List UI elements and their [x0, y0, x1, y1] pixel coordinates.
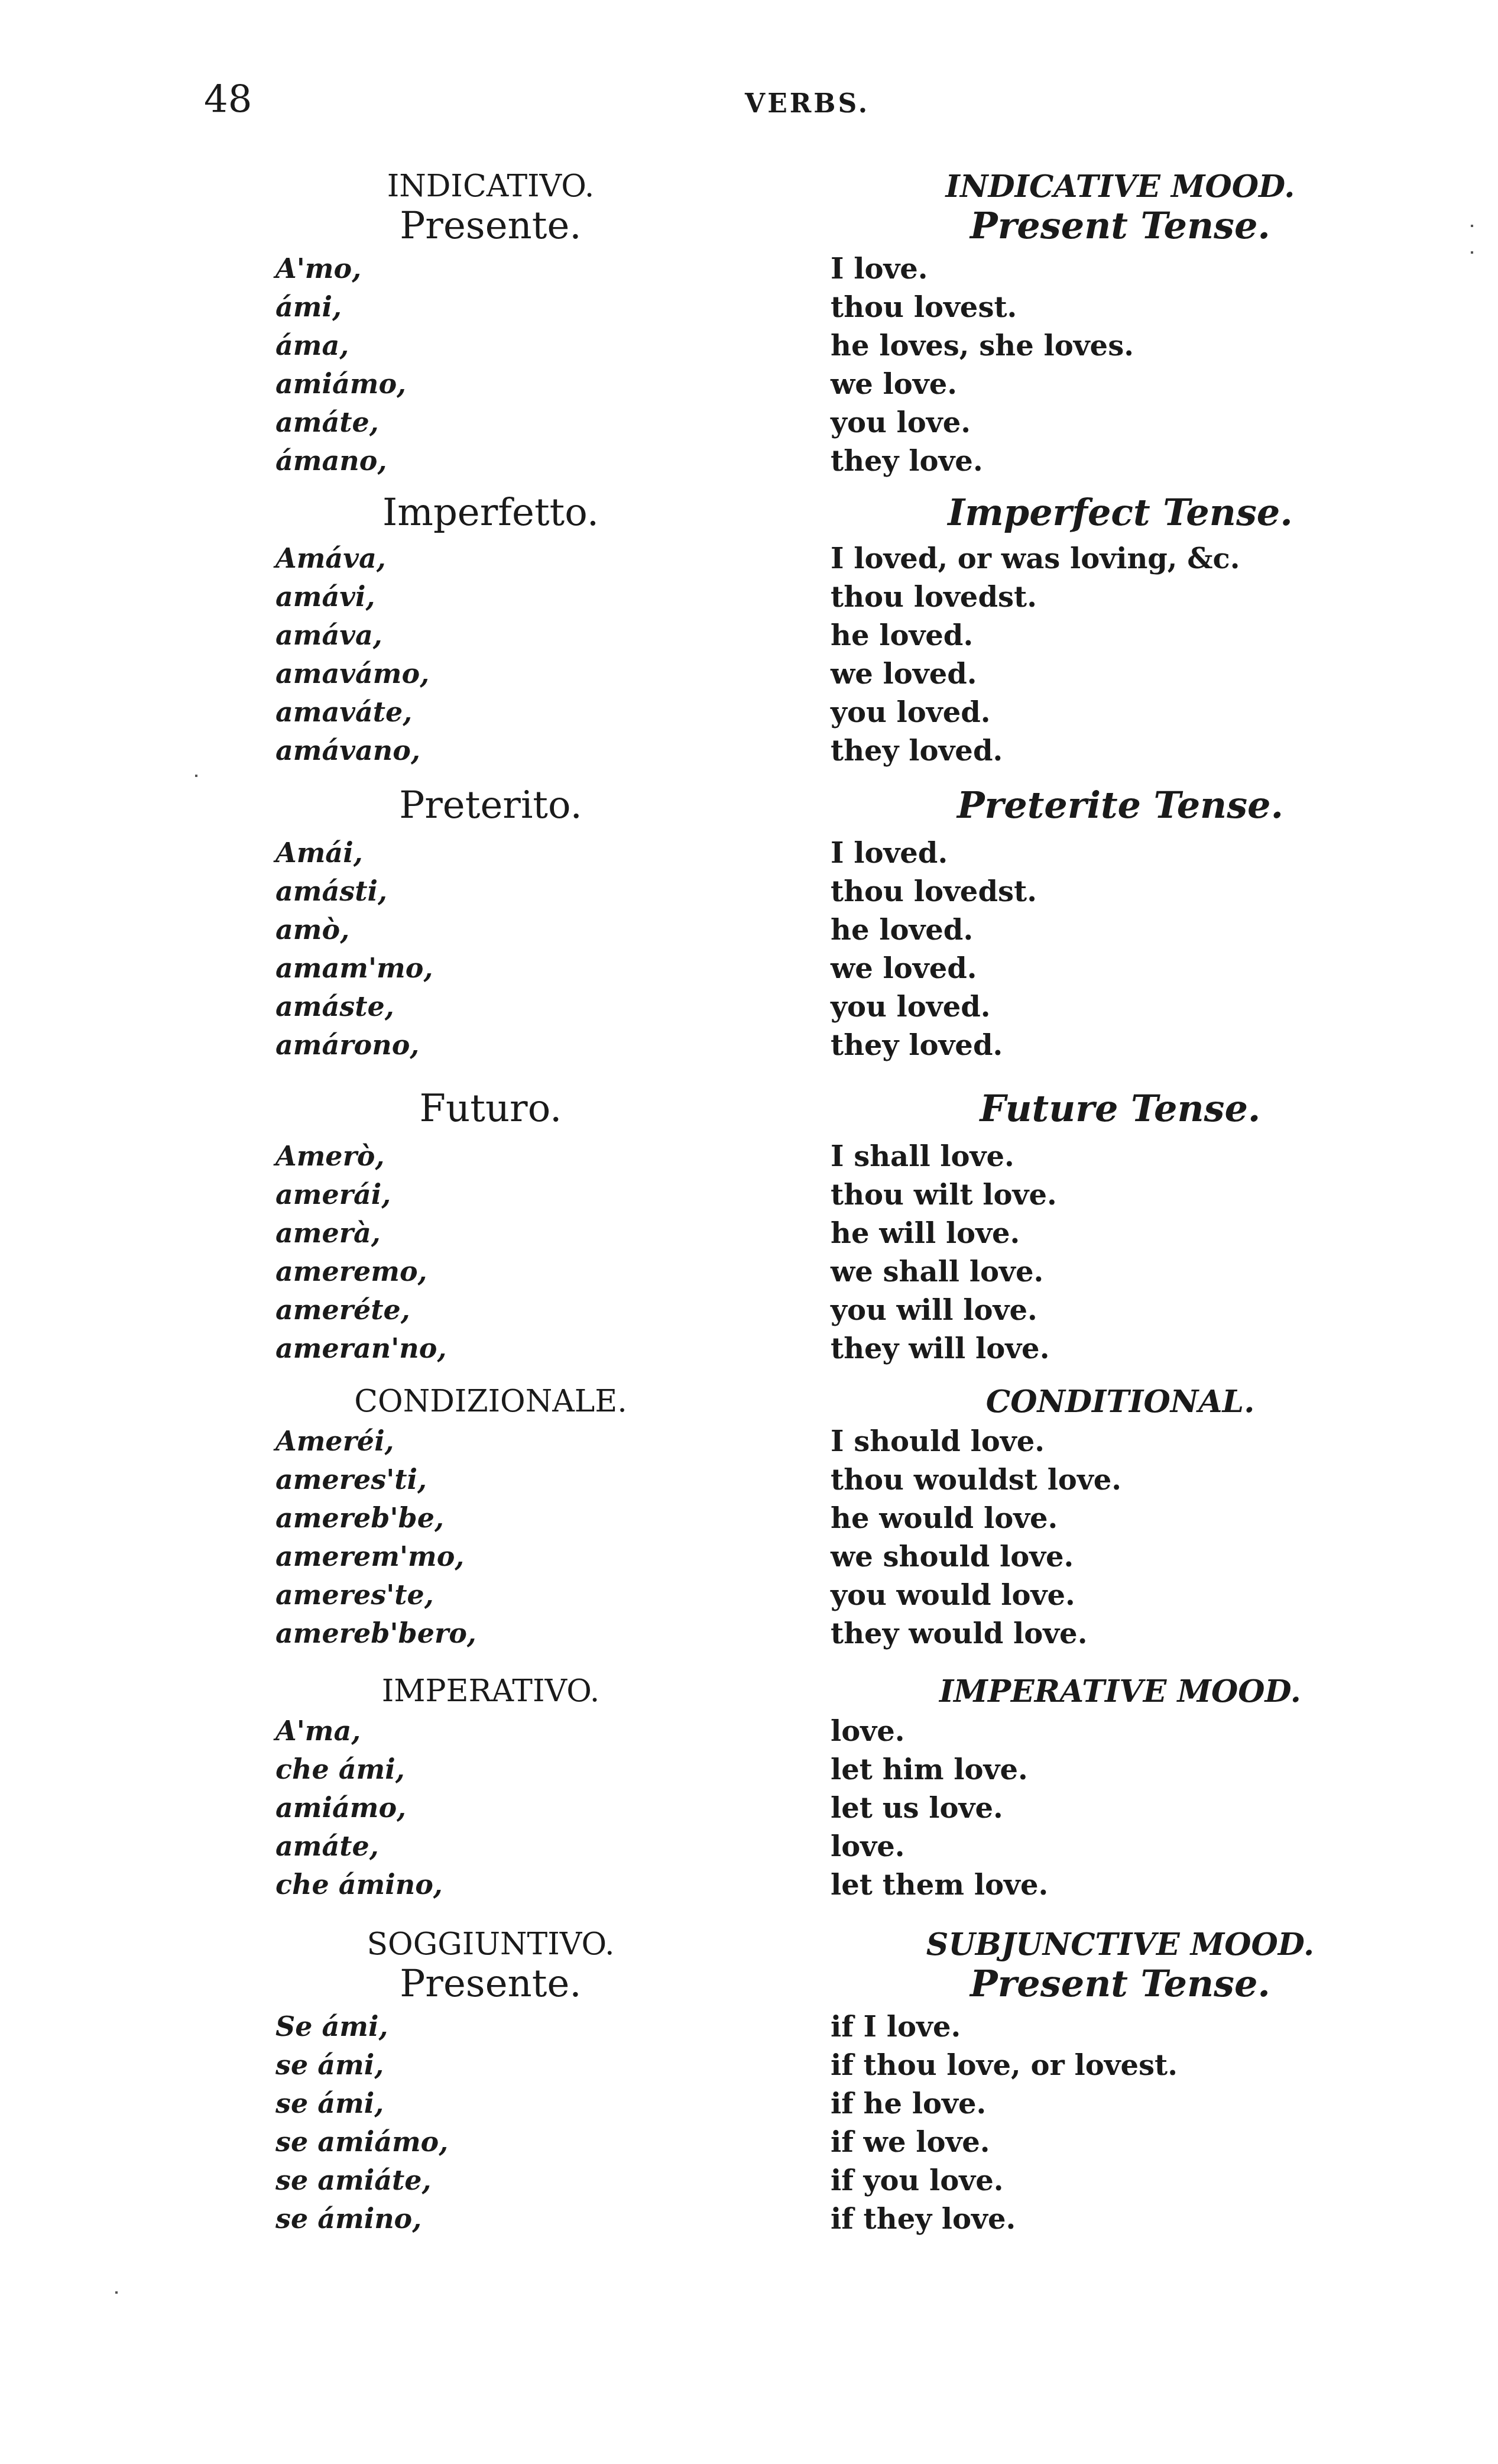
en-translation: love.	[831, 1715, 904, 1748]
it-form: amaváte,	[275, 696, 412, 728]
it-form: ameran'no,	[275, 1332, 446, 1364]
it-form: ámano,	[275, 445, 387, 477]
en-translation: let us love.	[831, 1792, 1003, 1825]
en-translation: if you love.	[831, 2164, 1004, 2197]
en-translation: they will love.	[831, 1332, 1049, 1365]
it-tense-heading: Presente.	[195, 1962, 786, 2006]
it-form: amò,	[275, 914, 349, 946]
en-translation: we loved.	[831, 658, 977, 691]
it-form: A'ma,	[275, 1715, 361, 1747]
it-tense-heading: Presente.	[195, 204, 786, 248]
en-mood-heading: IMPERATIVE MOOD.	[795, 1673, 1445, 1709]
it-form: áma,	[275, 329, 349, 361]
it-form: se amiáte,	[275, 2164, 431, 2196]
it-form: amavámo,	[275, 658, 429, 689]
it-form: amávi,	[275, 581, 375, 613]
en-mood-heading: SUBJUNCTIVE MOOD.	[795, 1926, 1445, 1963]
en-translation: thou lovedst.	[831, 875, 1037, 908]
it-form: amerem'mo,	[275, 1540, 464, 1572]
en-translation: he will love.	[831, 1217, 1020, 1250]
en-translation: he loved.	[831, 914, 973, 947]
en-translation: we loved.	[831, 952, 977, 985]
scan-speck	[195, 775, 197, 777]
en-translation: you would love.	[831, 1579, 1075, 1612]
en-translation: if we love.	[831, 2126, 990, 2159]
it-form: amávano,	[275, 734, 420, 766]
en-translation: you love.	[831, 406, 971, 439]
it-tense-heading: Imperfetto.	[195, 491, 786, 535]
en-translation: if thou love, or lovest.	[831, 2049, 1178, 2082]
it-form: amerái,	[275, 1178, 391, 1210]
en-translation: love.	[831, 1830, 904, 1863]
it-form: se ámi,	[275, 2049, 384, 2081]
en-translation: they would love.	[831, 1617, 1087, 1650]
en-translation: thou lovest.	[831, 291, 1017, 324]
en-translation: you loved.	[831, 696, 990, 729]
en-translation: he loves, she loves.	[831, 329, 1134, 362]
it-form: amáte,	[275, 406, 379, 438]
en-translation: thou wilt love.	[831, 1178, 1057, 1212]
it-form: amáte,	[275, 1830, 379, 1862]
en-translation: he loved.	[831, 619, 973, 652]
en-translation: they love.	[831, 445, 983, 478]
en-translation: thou wouldst love.	[831, 1463, 1121, 1497]
en-translation: let him love.	[831, 1753, 1028, 1786]
scan-speck	[1471, 251, 1473, 254]
en-translation: they loved.	[831, 734, 1003, 768]
en-translation: if I love.	[831, 2010, 961, 2044]
it-mood-heading: INDICATIVO.	[195, 169, 786, 204]
it-form: se ámino,	[275, 2203, 421, 2235]
it-form: amásti,	[275, 875, 387, 907]
running-title: VERBS.	[745, 89, 870, 119]
it-form: amereb'bero,	[275, 1617, 476, 1649]
en-tense-heading: Imperfect Tense.	[795, 491, 1445, 534]
it-tense-heading: Futuro.	[195, 1087, 786, 1131]
it-mood-heading: CONDIZIONALE.	[195, 1384, 786, 1419]
it-form: se ámi,	[275, 2087, 384, 2119]
it-form: ameremo,	[275, 1255, 427, 1287]
it-form: Amerò,	[275, 1140, 385, 1172]
en-translation: I loved.	[831, 837, 948, 870]
it-form: Ameréi,	[275, 1425, 394, 1457]
en-translation: we should love.	[831, 1540, 1074, 1573]
it-form: amam'mo,	[275, 952, 433, 984]
en-tense-heading: Present Tense.	[795, 204, 1445, 247]
it-form: amereb'be,	[275, 1502, 444, 1534]
it-form: ámi,	[275, 291, 342, 323]
it-form: amiámo,	[275, 1792, 406, 1824]
it-form: amárono,	[275, 1029, 419, 1061]
en-translation: they loved.	[831, 1029, 1003, 1062]
it-form: se amiámo,	[275, 2126, 448, 2158]
it-form: ameres'te,	[275, 1579, 434, 1611]
en-translation: thou lovedst.	[831, 581, 1037, 614]
it-form: ameres'ti,	[275, 1463, 427, 1495]
it-tense-heading: Preterito.	[195, 783, 786, 827]
it-form: ameréte,	[275, 1294, 410, 1326]
it-form: che ámi,	[275, 1753, 405, 1785]
en-translation: he would love.	[831, 1502, 1058, 1535]
page-number: 48	[204, 78, 252, 122]
it-form: amáste,	[275, 990, 394, 1022]
en-mood-heading: CONDITIONAL.	[795, 1384, 1445, 1420]
en-tense-heading: Present Tense.	[795, 1962, 1445, 2005]
en-mood-heading: INDICATIVE MOOD.	[795, 169, 1445, 205]
it-form: amerà,	[275, 1217, 381, 1249]
it-mood-heading: IMPERATIVO.	[195, 1673, 786, 1709]
it-form: che ámino,	[275, 1869, 443, 1900]
scan-speck	[1471, 225, 1473, 227]
en-translation: I loved, or was loving, &c.	[831, 542, 1240, 575]
en-translation: I love.	[831, 252, 928, 286]
en-tense-heading: Preterite Tense.	[795, 783, 1445, 827]
it-form: amáva,	[275, 619, 382, 651]
en-translation: we shall love.	[831, 1255, 1043, 1288]
it-form: Se ámi,	[275, 2010, 388, 2042]
en-tense-heading: Future Tense.	[795, 1087, 1445, 1130]
scan-speck	[115, 2291, 118, 2294]
en-translation: I shall love.	[831, 1140, 1014, 1173]
en-translation: if they love.	[831, 2203, 1016, 2236]
en-translation: I should love.	[831, 1425, 1045, 1458]
it-form: Amáva,	[275, 542, 386, 574]
it-form: Amái,	[275, 837, 363, 869]
it-mood-heading: SOGGIUNTIVO.	[195, 1926, 786, 1962]
it-form: A'mo,	[275, 252, 361, 284]
en-translation: let them love.	[831, 1869, 1048, 1902]
en-translation: you will love.	[831, 1294, 1037, 1327]
en-translation: you loved.	[831, 990, 990, 1024]
it-form: amiámo,	[275, 368, 406, 400]
en-translation: if he love.	[831, 2087, 986, 2120]
en-translation: we love.	[831, 368, 957, 401]
